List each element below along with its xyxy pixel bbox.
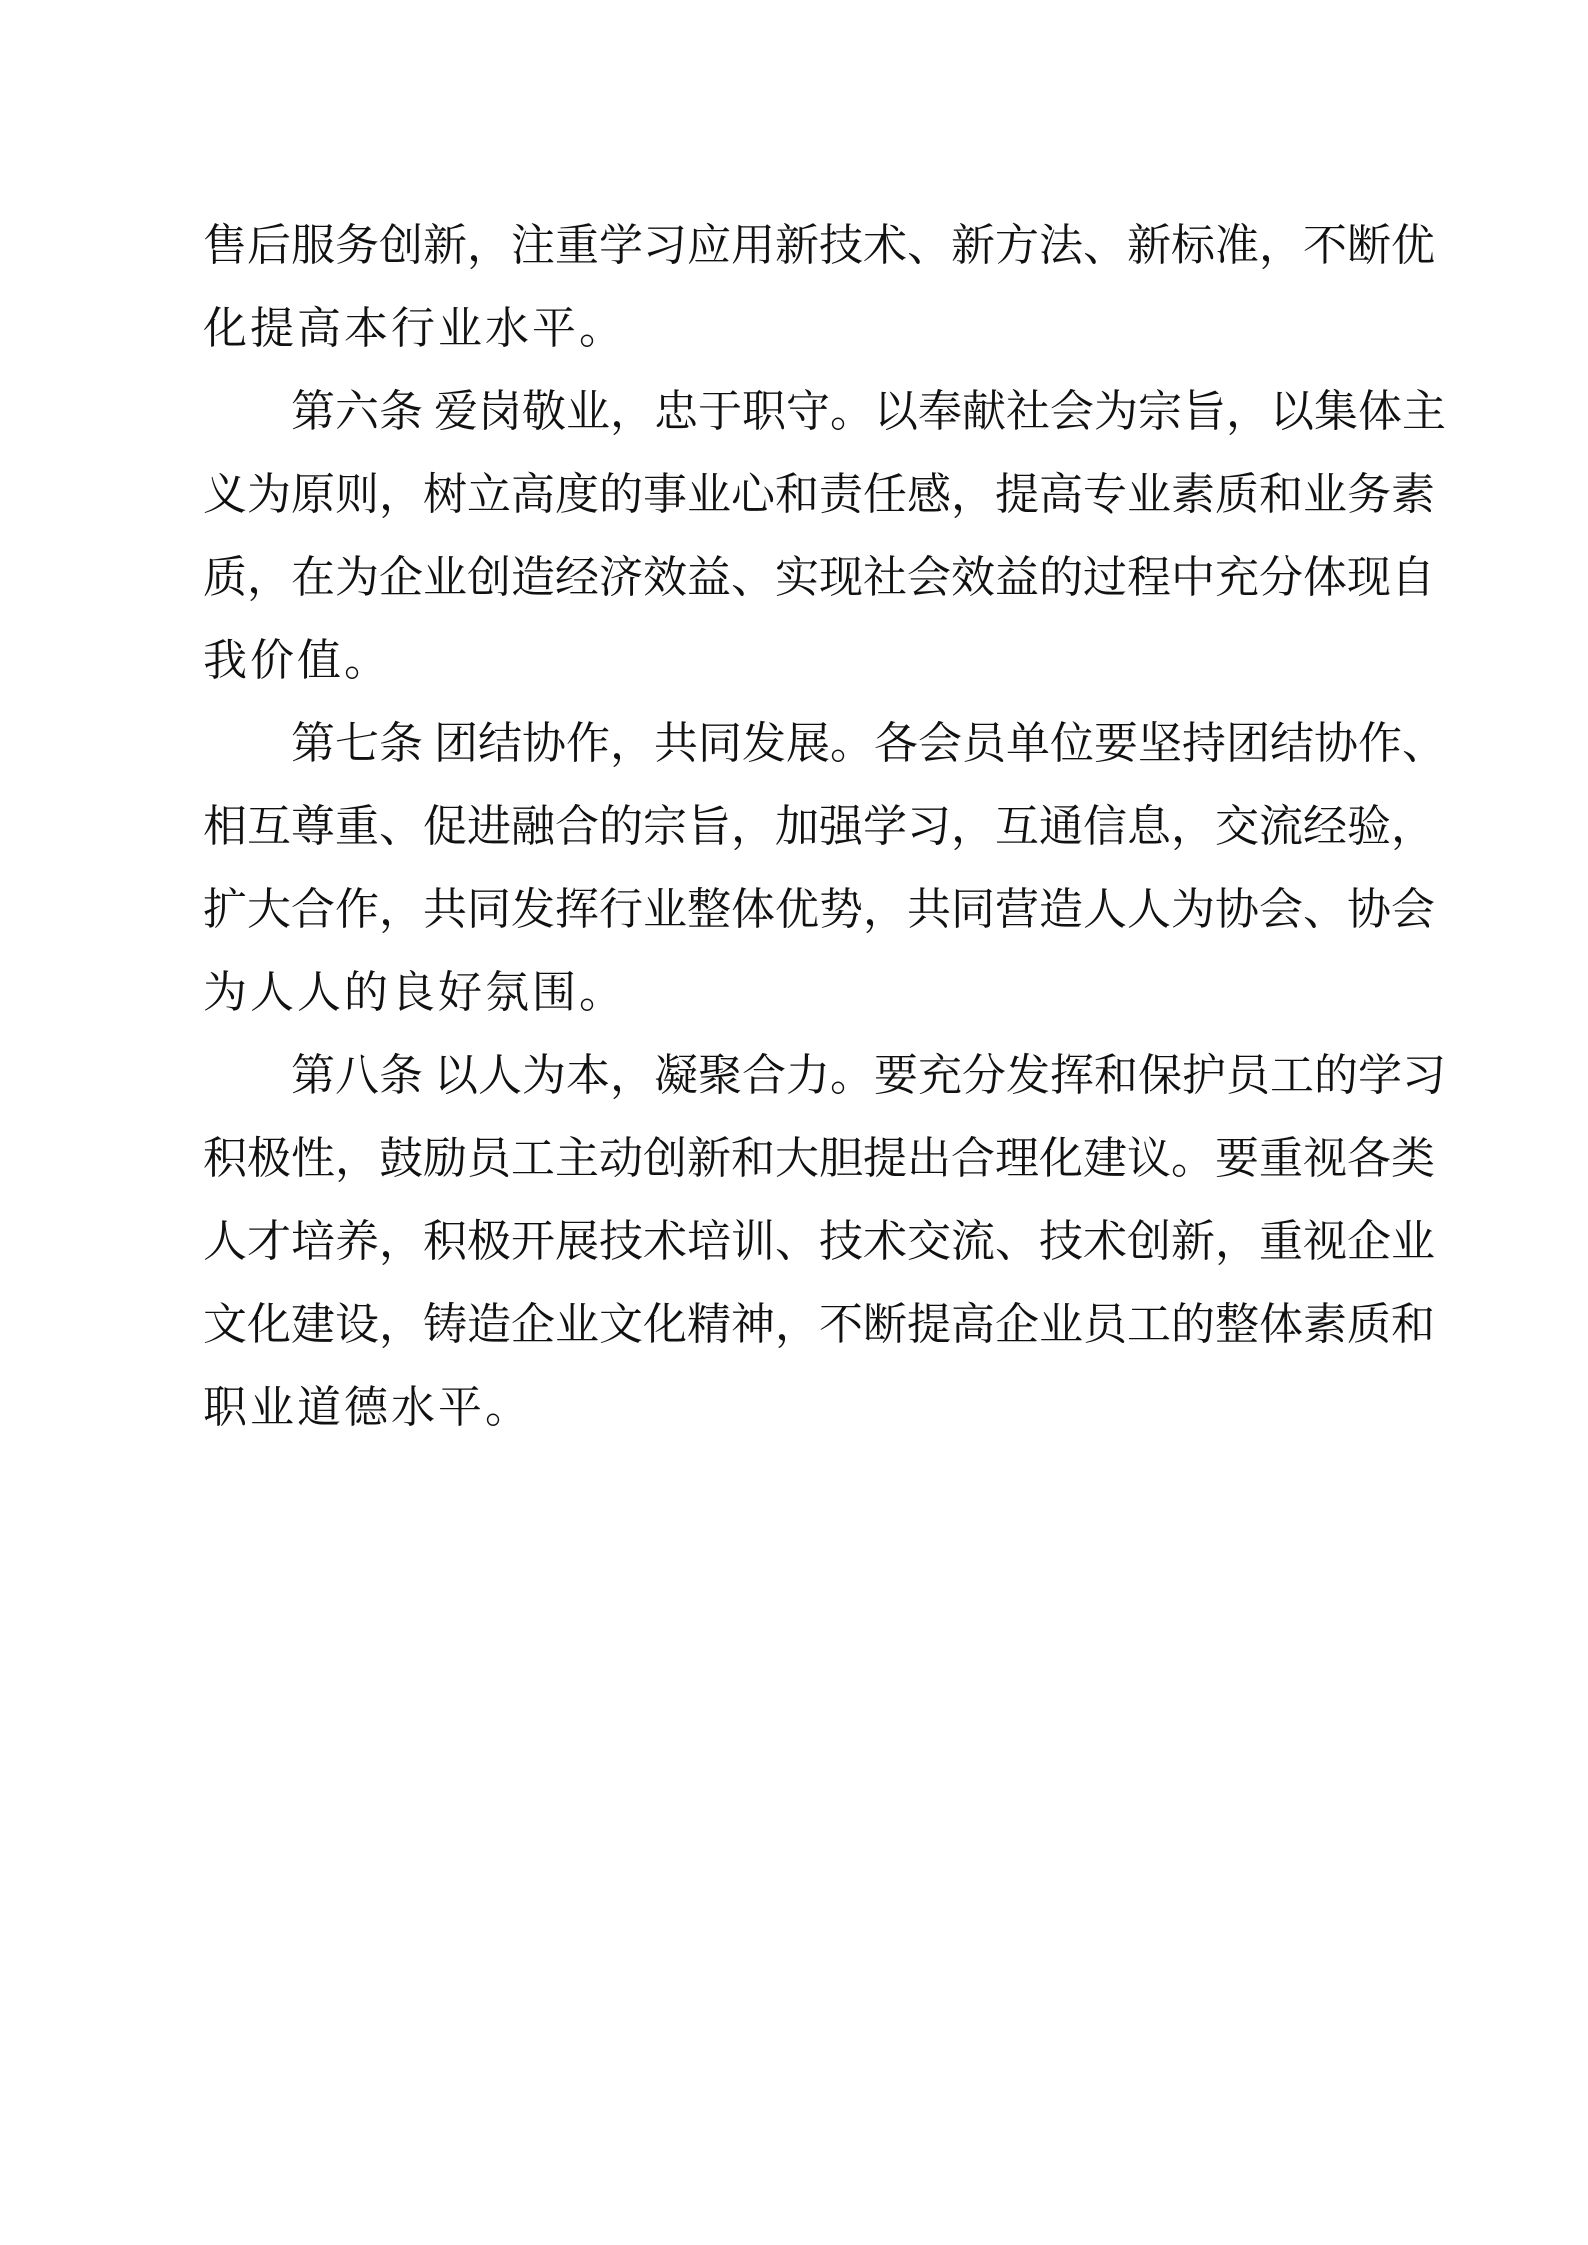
text-line: 义为原则，树立高度的事业心和责任感，提高专业素质和业务素 bbox=[203, 453, 1395, 536]
text-line: 为人人的良好氛围。 bbox=[203, 951, 1395, 1034]
text-line: 人才培养，积极开展技术培训、技术交流、技术创新，重视企业 bbox=[203, 1200, 1395, 1283]
text-line: 第八条 以人为本，凝聚合力。要充分发挥和保护员工的学习 bbox=[203, 1034, 1395, 1117]
paragraph: 售后服务创新，注重学习应用新技术、新方法、新标准，不断优化提高本行业水平。 bbox=[203, 204, 1395, 370]
text-line: 文化建设，铸造企业文化精神，不断提高企业员工的整体素质和 bbox=[203, 1283, 1395, 1366]
text-line: 质，在为企业创造经济效益、实现社会效益的过程中充分体现自 bbox=[203, 536, 1395, 619]
text-line: 第六条 爱岗敬业，忠于职守。以奉献社会为宗旨，以集体主 bbox=[203, 370, 1395, 453]
paragraph: 第七条 团结协作，共同发展。各会员单位要坚持团结协作、相互尊重、促进融合的宗旨，… bbox=[203, 702, 1395, 1034]
document-content: 售后服务创新，注重学习应用新技术、新方法、新标准，不断优化提高本行业水平。第六条… bbox=[203, 204, 1395, 1449]
text-line: 职业道德水平。 bbox=[203, 1366, 1395, 1449]
text-line: 化提高本行业水平。 bbox=[203, 287, 1395, 370]
text-line: 售后服务创新，注重学习应用新技术、新方法、新标准，不断优 bbox=[203, 204, 1395, 287]
document-page: 售后服务创新，注重学习应用新技术、新方法、新标准，不断优化提高本行业水平。第六条… bbox=[0, 0, 1588, 2245]
text-line: 我价值。 bbox=[203, 619, 1395, 702]
text-line: 第七条 团结协作，共同发展。各会员单位要坚持团结协作、 bbox=[203, 702, 1395, 785]
paragraph: 第六条 爱岗敬业，忠于职守。以奉献社会为宗旨，以集体主义为原则，树立高度的事业心… bbox=[203, 370, 1395, 702]
text-line: 扩大合作，共同发挥行业整体优势，共同营造人人为协会、协会 bbox=[203, 868, 1395, 951]
paragraph: 第八条 以人为本，凝聚合力。要充分发挥和保护员工的学习积极性，鼓励员工主动创新和… bbox=[203, 1034, 1395, 1449]
text-line: 相互尊重、促进融合的宗旨，加强学习，互通信息，交流经验， bbox=[203, 785, 1395, 868]
text-line: 积极性，鼓励员工主动创新和大胆提出合理化建议。要重视各类 bbox=[203, 1117, 1395, 1200]
